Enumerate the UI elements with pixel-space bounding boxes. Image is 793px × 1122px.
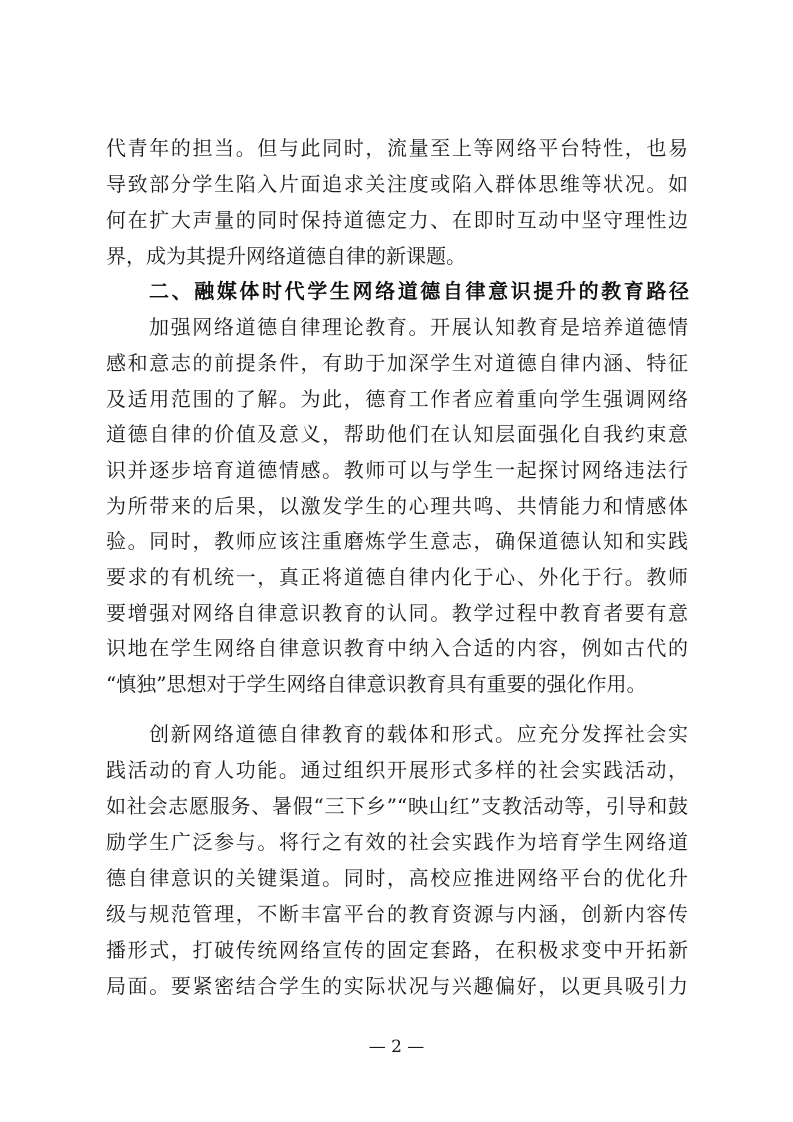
- body-text-line: 要增强对网络自律意识教育的认同。教学过程中教育者要有意: [106, 595, 688, 631]
- body-text-line: 代青年的担当。但与此同时，流量至上等网络平台特性，也易: [106, 130, 688, 166]
- body-text-line: 验。同时，教师应该注重磨炼学生意志，确保道德认知和实践: [106, 523, 688, 559]
- body-text-line: 识地在学生网络自律意识教育中纳入合适的内容，例如古代的: [106, 630, 688, 666]
- body-text-line: 励学生广泛参与。将行之有效的社会实践作为培育学生网络道: [106, 824, 688, 860]
- body-text-line: 为所带来的后果，以激发学生的心理共鸣、共情能力和情感体: [106, 488, 688, 524]
- body-text-line: 德自律意识的关键渠道。同时，高校应推进网络平台的优化升: [106, 860, 688, 896]
- paragraph-first-line: 创新网络道德自律教育的载体和形式。应充分发挥社会实: [149, 716, 688, 752]
- body-text-line: 及适用范围的了解。为此，德育工作者应着重向学生强调网络: [106, 381, 688, 417]
- body-text-line: 何在扩大声量的同时保持道德定力、在即时互动中坚守理性边: [106, 202, 688, 238]
- body-text-line: 级与规范管理，不断丰富平台的教育资源与内涵，创新内容传: [106, 896, 688, 932]
- body-text-line: 导致部分学生陷入片面追求关注度或陷入群体思维等状况。如: [106, 166, 688, 202]
- page-number: — 2 —: [0, 1034, 793, 1060]
- section-heading: 二、融媒体时代学生网络道德自律意识提升的教育路径: [149, 273, 689, 309]
- body-text-line: 要求的有机统一，真正将道德自律内化于心、外化于行。教师: [106, 559, 688, 595]
- body-text-line: “慎独”思想对于学生网络自律意识教育具有重要的强化作用。: [106, 666, 688, 702]
- document-page: 代青年的担当。但与此同时，流量至上等网络平台特性，也易 导致部分学生陷入片面追求…: [0, 0, 793, 1122]
- paragraph-first-line: 加强网络道德自律理论教育。开展认知教育是培养道德情: [149, 309, 688, 345]
- body-text-line: 识并逐步培育道德情感。教师可以与学生一起探讨网络违法行: [106, 452, 688, 488]
- body-text-line: 践活动的育人功能。通过组织开展形式多样的社会实践活动，: [106, 752, 688, 788]
- body-text-line: 如社会志愿服务、暑假“三下乡”“映山红”支教活动等，引导和鼓: [106, 788, 688, 824]
- body-text-line: 播形式，打破传统网络宣传的固定套路，在积极求变中开拓新: [106, 932, 688, 968]
- body-text-line: 界，成为其提升网络道德自律的新课题。: [106, 238, 688, 274]
- body-text-line: 局面。要紧密结合学生的实际状况与兴趣偏好，以更具吸引力: [106, 968, 688, 1004]
- body-text-line: 道德自律的价值及意义，帮助他们在认知层面强化自我约束意: [106, 416, 688, 452]
- body-text-line: 感和意志的前提条件，有助于加深学生对道德自律内涵、特征: [106, 345, 688, 381]
